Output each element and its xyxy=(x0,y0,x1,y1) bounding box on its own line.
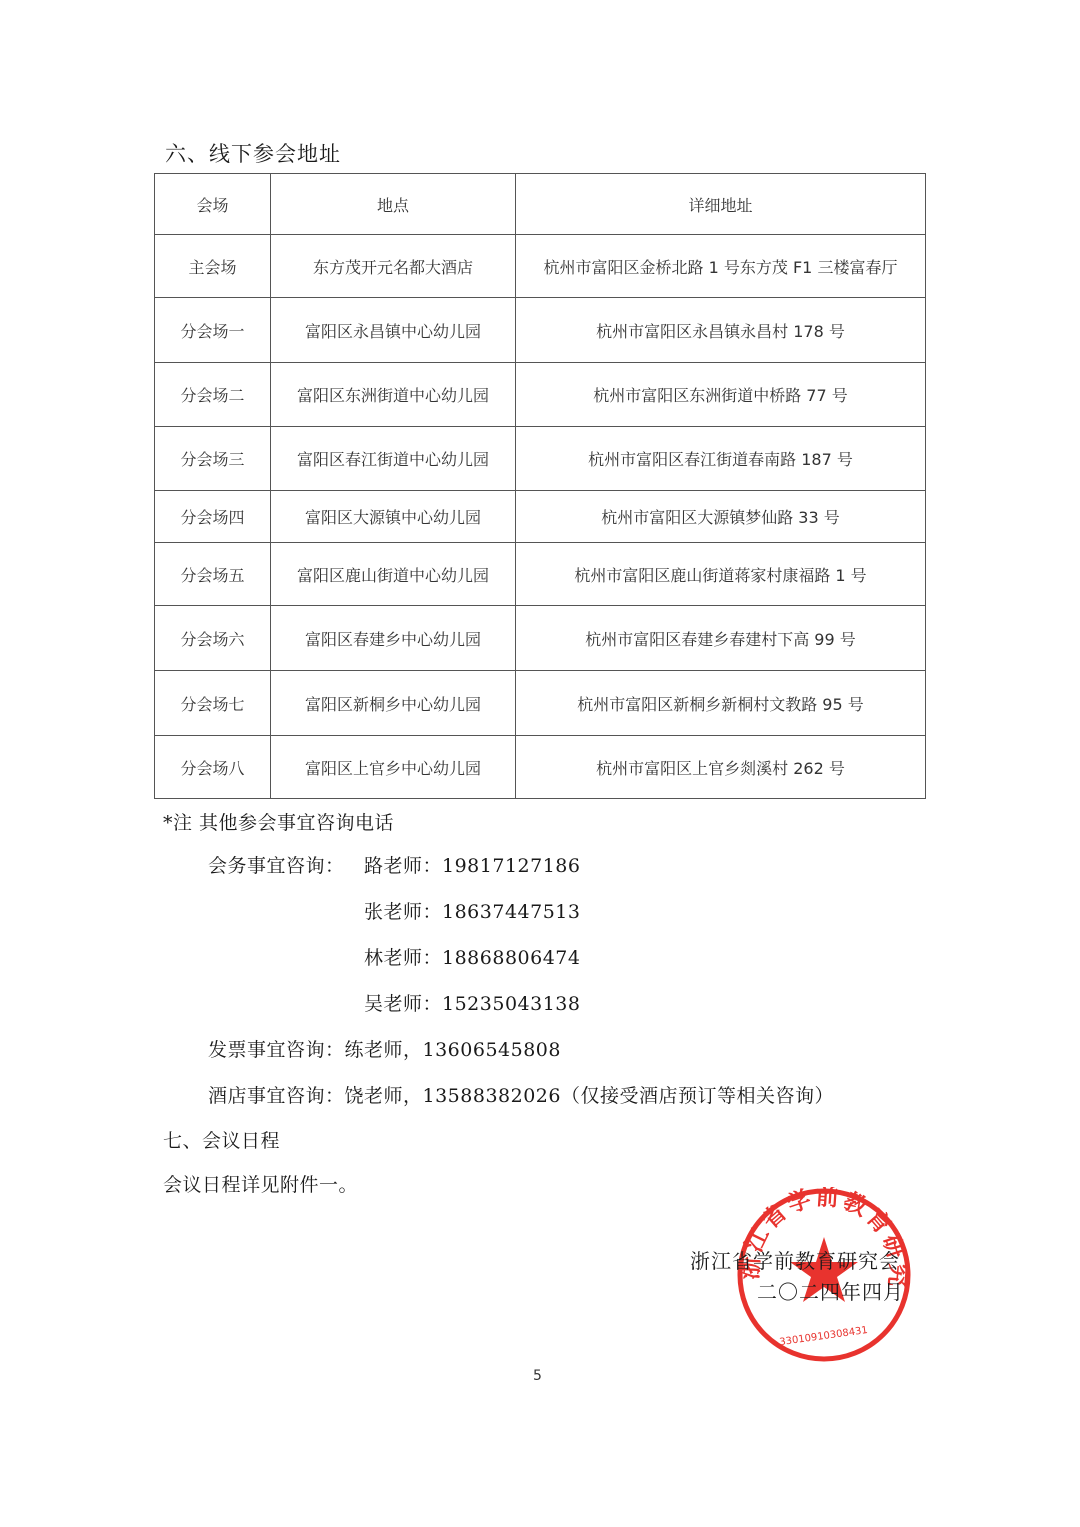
meeting-contact: 林老师：18868806474 xyxy=(364,943,580,970)
meeting-contact: 吴老师：15235043138 xyxy=(364,989,580,1016)
meeting-contact: 路老师：19817127186 xyxy=(364,851,580,878)
svg-text:33010910308431: 33010910308431 xyxy=(779,1325,869,1348)
place-cell: 富阳区春江街道中心幼儿园 xyxy=(271,427,516,491)
venue-table: 会场 地点 详细地址 主会场 东方茂开元名都大酒店 杭州市富阳区金桥北路 1 号… xyxy=(154,173,926,799)
meeting-contact: 张老师：18637447513 xyxy=(364,897,580,924)
table-row: 分会场一 富阳区永昌镇中心幼儿园 杭州市富阳区永昌镇永昌村 178 号 xyxy=(155,298,926,363)
place-cell: 富阳区鹿山街道中心幼儿园 xyxy=(271,543,516,606)
table-row: 分会场五 富阳区鹿山街道中心幼儿园 杭州市富阳区鹿山街道蒋家村康福路 1 号 xyxy=(155,543,926,606)
place-cell: 富阳区上官乡中心幼儿园 xyxy=(271,736,516,799)
address-cell: 杭州市富阳区东洲街道中桥路 77 号 xyxy=(516,363,926,427)
table-header-row: 会场 地点 详细地址 xyxy=(155,174,926,235)
meeting-consult-label: 会务事宜咨询： xyxy=(208,851,345,878)
venue-cell: 分会场七 xyxy=(155,671,271,736)
section7-body: 会议日程详见附件一。 xyxy=(163,1170,358,1197)
note-title: *注 其他参会事宜咨询电话 xyxy=(163,808,394,835)
venue-cell: 分会场一 xyxy=(155,298,271,363)
venue-cell: 主会场 xyxy=(155,235,271,298)
address-cell: 杭州市富阳区鹿山街道蒋家村康福路 1 号 xyxy=(516,543,926,606)
header-venue: 会场 xyxy=(155,174,271,235)
address-cell: 杭州市富阳区新桐乡新桐村文教路 95 号 xyxy=(516,671,926,736)
place-cell: 富阳区东洲街道中心幼儿园 xyxy=(271,363,516,427)
venue-cell: 分会场三 xyxy=(155,427,271,491)
table-row: 分会场七 富阳区新桐乡中心幼儿园 杭州市富阳区新桐乡新桐村文教路 95 号 xyxy=(155,671,926,736)
address-cell: 杭州市富阳区上官乡剡溪村 262 号 xyxy=(516,736,926,799)
place-cell: 富阳区春建乡中心幼儿园 xyxy=(271,606,516,671)
table-row: 分会场二 富阳区东洲街道中心幼儿园 杭州市富阳区东洲街道中桥路 77 号 xyxy=(155,363,926,427)
address-cell: 杭州市富阳区大源镇梦仙路 33 号 xyxy=(516,491,926,543)
header-address: 详细地址 xyxy=(516,174,926,235)
venue-cell: 分会场五 xyxy=(155,543,271,606)
table-row: 分会场六 富阳区春建乡中心幼儿园 杭州市富阳区春建乡春建村下高 99 号 xyxy=(155,606,926,671)
venue-cell: 分会场六 xyxy=(155,606,271,671)
table-row: 主会场 东方茂开元名都大酒店 杭州市富阳区金桥北路 1 号东方茂 F1 三楼富春… xyxy=(155,235,926,298)
address-cell: 杭州市富阳区春建乡春建村下高 99 号 xyxy=(516,606,926,671)
header-place: 地点 xyxy=(271,174,516,235)
table-row: 分会场四 富阳区大源镇中心幼儿园 杭州市富阳区大源镇梦仙路 33 号 xyxy=(155,491,926,543)
place-cell: 富阳区大源镇中心幼儿园 xyxy=(271,491,516,543)
place-cell: 富阳区永昌镇中心幼儿园 xyxy=(271,298,516,363)
address-cell: 杭州市富阳区金桥北路 1 号东方茂 F1 三楼富春厅 xyxy=(516,235,926,298)
venue-cell: 分会场四 xyxy=(155,491,271,543)
official-seal-icon: 浙江省学前教育研究会 33010910308431 xyxy=(736,1187,912,1363)
address-cell: 杭州市富阳区春江街道春南路 187 号 xyxy=(516,427,926,491)
place-cell: 富阳区新桐乡中心幼儿园 xyxy=(271,671,516,736)
address-cell: 杭州市富阳区永昌镇永昌村 178 号 xyxy=(516,298,926,363)
place-cell: 东方茂开元名都大酒店 xyxy=(271,235,516,298)
page-number: 5 xyxy=(533,1368,542,1384)
table-row: 分会场八 富阳区上官乡中心幼儿园 杭州市富阳区上官乡剡溪村 262 号 xyxy=(155,736,926,799)
section7-title: 七、会议日程 xyxy=(163,1126,280,1153)
signature-date: 二〇二四年四月 xyxy=(757,1276,904,1305)
invoice-contact: 发票事宜咨询：练老师，13606545808 xyxy=(208,1035,561,1062)
venue-cell: 分会场八 xyxy=(155,736,271,799)
hotel-contact: 酒店事宜咨询：饶老师，13588382026（仅接受酒店预订等相关咨询） xyxy=(208,1081,834,1108)
venue-cell: 分会场二 xyxy=(155,363,271,427)
table-row: 分会场三 富阳区春江街道中心幼儿园 杭州市富阳区春江街道春南路 187 号 xyxy=(155,427,926,491)
section6-title: 六、线下参会地址 xyxy=(165,138,341,168)
signature-org: 浙江省学前教育研究会 xyxy=(690,1245,900,1274)
